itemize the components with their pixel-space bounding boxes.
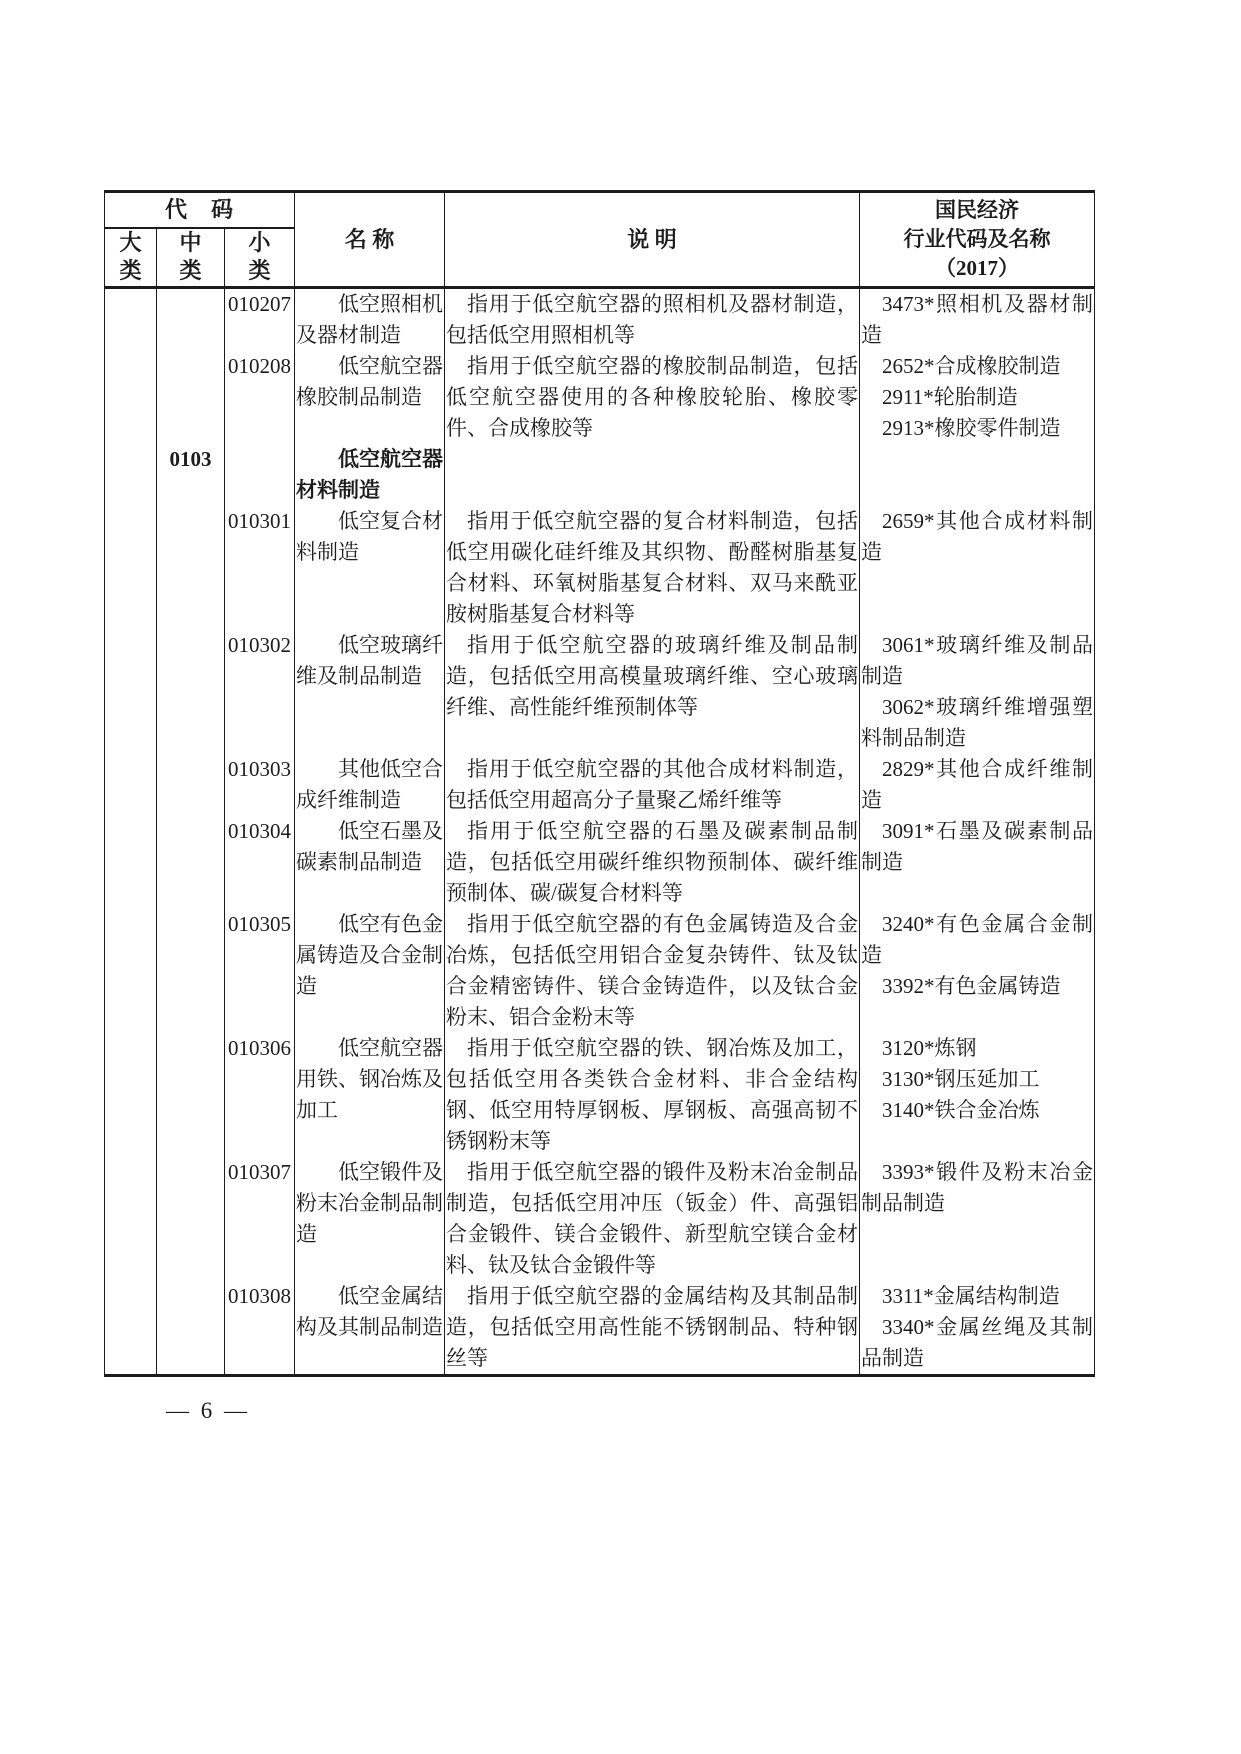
cell-description: 指用于低空航空器的铁、钢冶炼及加工，包括低空用各类铁合金材料、非合金结构钢、低空… xyxy=(445,1033,860,1157)
cell-name: 低空石墨及碳素制品制造 xyxy=(295,816,445,909)
cell-nec-codes: 2829*其他合成纤维制造 xyxy=(860,754,1095,816)
cell-description: 指用于低空航空器的其他合成材料制造，包括低空用超高分子量聚乙烯纤维等 xyxy=(445,754,860,816)
header-nec-col: 国民经济 行业代码及名称 （2017） xyxy=(860,192,1095,288)
cell-description: 指用于低空航空器的复合材料制造，包括低空用碳化硅纤维及其织物、酚醛树脂基复合材料… xyxy=(445,506,860,630)
cell-name: 低空有色金属铸造及合金制造 xyxy=(295,909,445,1033)
table-row: 010308低空金属结构及其制品制造指用于低空航空器的金属结构及其制品制造，包括… xyxy=(105,1281,1095,1376)
cell-mid-code xyxy=(157,630,225,754)
cell-mid-code xyxy=(157,1157,225,1281)
nec-code-entry: 3340*金属丝绳及其制品制造 xyxy=(861,1312,1093,1374)
nec-code-entry: 2913*橡胶零件制造 xyxy=(861,413,1093,444)
nec-code-entry: 3240*有色金属合金制造 xyxy=(861,909,1093,971)
cell-nec-codes: 3311*金属结构制造3340*金属丝绳及其制品制造 xyxy=(860,1281,1095,1376)
cell-major-code xyxy=(105,1281,157,1376)
cell-description: 指用于低空航空器的橡胶制品制造，包括低空航空器使用的各种橡胶轮胎、橡胶零件、合成… xyxy=(445,351,860,444)
cell-minor-code: 010304 xyxy=(225,816,295,909)
cell-mid-code xyxy=(157,1033,225,1157)
cell-description: 指用于低空航空器的石墨及碳素制品制造，包括低空用碳纤维织物预制体、碳纤维预制体、… xyxy=(445,816,860,909)
nec-code-entry: 3311*金属结构制造 xyxy=(861,1281,1093,1312)
cell-name: 低空航空器材料制造 xyxy=(295,444,445,506)
cell-minor-code: 010308 xyxy=(225,1281,295,1376)
cell-mid-code xyxy=(157,754,225,816)
table-row: 010307低空锻件及粉末冶金制品制造指用于低空航空器的锻件及粉末冶金制品制造，… xyxy=(105,1157,1095,1281)
table-row: 010303其他低空合成纤维制造指用于低空航空器的其他合成材料制造，包括低空用超… xyxy=(105,754,1095,816)
table-header: 代 码 名 称 说 明 国民经济 行业代码及名称 （2017） 大类 中类 小类 xyxy=(105,192,1095,288)
cell-nec-codes: 3240*有色金属合金制造3392*有色金属铸造 xyxy=(860,909,1095,1033)
nec-code-entry: 2652*合成橡胶制造 xyxy=(861,351,1093,382)
cell-nec-codes: 3120*炼钢3130*钢压延加工3140*铁合金冶炼 xyxy=(860,1033,1095,1157)
cell-mid-code: 0103 xyxy=(157,444,225,506)
cell-mid-code xyxy=(157,351,225,444)
cell-name: 其他低空合成纤维制造 xyxy=(295,754,445,816)
nec-code-entry: 3061*玻璃纤维及制品制造 xyxy=(861,630,1093,692)
table-row: 010301低空复合材料制造指用于低空航空器的复合材料制造，包括低空用碳化硅纤维… xyxy=(105,506,1095,630)
header-code-group: 代 码 xyxy=(105,192,295,228)
nec-code-entry: 2829*其他合成纤维制造 xyxy=(861,754,1093,816)
cell-minor-code: 010301 xyxy=(225,506,295,630)
cell-description xyxy=(445,444,860,506)
header-nec-line1: 国民经济 xyxy=(860,196,1094,225)
cell-description: 指用于低空航空器的金属结构及其制品制造，包括低空用高性能不锈钢制品、特种钢丝等 xyxy=(445,1281,860,1376)
header-desc-col: 说 明 xyxy=(445,192,860,288)
cell-major-code xyxy=(105,630,157,754)
industry-code-table: 代 码 名 称 说 明 国民经济 行业代码及名称 （2017） 大类 中类 小类… xyxy=(104,190,1095,1377)
nec-code-entry: 3393*锻件及粉末冶金制品制造 xyxy=(861,1157,1093,1219)
cell-mid-code xyxy=(157,1281,225,1376)
header-major-class: 大类 xyxy=(105,228,157,288)
table-row: 010305低空有色金属铸造及合金制造指用于低空航空器的有色金属铸造及合金冶炼，… xyxy=(105,909,1095,1033)
cell-minor-code: 010307 xyxy=(225,1157,295,1281)
cell-mid-code xyxy=(157,506,225,630)
table-row: 010304低空石墨及碳素制品制造指用于低空航空器的石墨及碳素制品制造，包括低空… xyxy=(105,816,1095,909)
table-row: 010207低空照相机及器材制造指用于低空航空器的照相机及器材制造，包括低空用照… xyxy=(105,287,1095,351)
cell-minor-code: 010303 xyxy=(225,754,295,816)
header-row-top: 代 码 名 称 说 明 国民经济 行业代码及名称 （2017） xyxy=(105,192,1095,228)
nec-code-entry: 3130*钢压延加工 xyxy=(861,1064,1093,1095)
nec-code-entry: 2659*其他合成材料制造 xyxy=(861,506,1093,568)
cell-name: 低空锻件及粉末冶金制品制造 xyxy=(295,1157,445,1281)
header-minor-class: 小类 xyxy=(225,228,295,288)
cell-mid-code xyxy=(157,287,225,351)
cell-major-code xyxy=(105,506,157,630)
cell-major-code xyxy=(105,754,157,816)
cell-major-code xyxy=(105,444,157,506)
header-nec-line3: （2017） xyxy=(860,254,1094,283)
table-body: 010207低空照相机及器材制造指用于低空航空器的照相机及器材制造，包括低空用照… xyxy=(105,287,1095,1375)
nec-code-entry: 3473*照相机及器材制造 xyxy=(861,289,1093,351)
table-row: 010302低空玻璃纤维及制品制造指用于低空航空器的玻璃纤维及制品制造，包括低空… xyxy=(105,630,1095,754)
cell-description: 指用于低空航空器的玻璃纤维及制品制造，包括低空用高模量玻璃纤维、空心玻璃纤维、高… xyxy=(445,630,860,754)
cell-minor-code: 010208 xyxy=(225,351,295,444)
cell-minor-code: 010306 xyxy=(225,1033,295,1157)
table-row: 010306低空航空器用铁、钢冶炼及加工指用于低空航空器的铁、钢冶炼及加工，包括… xyxy=(105,1033,1095,1157)
cell-nec-codes: 3393*锻件及粉末冶金制品制造 xyxy=(860,1157,1095,1281)
cell-major-code xyxy=(105,351,157,444)
cell-major-code xyxy=(105,816,157,909)
cell-name: 低空照相机及器材制造 xyxy=(295,287,445,351)
cell-major-code xyxy=(105,1033,157,1157)
cell-major-code xyxy=(105,909,157,1033)
cell-nec-codes: 2652*合成橡胶制造2911*轮胎制造2913*橡胶零件制造 xyxy=(860,351,1095,444)
cell-nec-codes: 2659*其他合成材料制造 xyxy=(860,506,1095,630)
header-name-col: 名 称 xyxy=(295,192,445,288)
footer-page-number: — 6 — xyxy=(166,1398,250,1424)
header-nec-line2: 行业代码及名称 xyxy=(860,225,1094,254)
cell-name: 低空复合材料制造 xyxy=(295,506,445,630)
cell-minor-code: 010207 xyxy=(225,287,295,351)
cell-major-code xyxy=(105,1157,157,1281)
table-row: 0103低空航空器材料制造 xyxy=(105,444,1095,506)
cell-description: 指用于低空航空器的有色金属铸造及合金冶炼，包括低空用铝合金复杂铸件、钛及钛合金精… xyxy=(445,909,860,1033)
cell-nec-codes: 3473*照相机及器材制造 xyxy=(860,287,1095,351)
cell-name: 低空金属结构及其制品制造 xyxy=(295,1281,445,1376)
cell-nec-codes: 3091*石墨及碳素制品制造 xyxy=(860,816,1095,909)
cell-nec-codes: 3061*玻璃纤维及制品制造3062*玻璃纤维增强塑料制品制造 xyxy=(860,630,1095,754)
cell-minor-code xyxy=(225,444,295,506)
header-mid-class: 中类 xyxy=(157,228,225,288)
cell-description: 指用于低空航空器的锻件及粉末冶金制品制造，包括低空用冲压（钣金）件、高强铝合金锻… xyxy=(445,1157,860,1281)
cell-minor-code: 010305 xyxy=(225,909,295,1033)
cell-mid-code xyxy=(157,909,225,1033)
cell-description: 指用于低空航空器的照相机及器材制造，包括低空用照相机等 xyxy=(445,287,860,351)
cell-name: 低空玻璃纤维及制品制造 xyxy=(295,630,445,754)
table-row: 010208低空航空器橡胶制品制造指用于低空航空器的橡胶制品制造，包括低空航空器… xyxy=(105,351,1095,444)
nec-code-entry: 3140*铁合金冶炼 xyxy=(861,1095,1093,1126)
cell-nec-codes xyxy=(860,444,1095,506)
cell-name: 低空航空器用铁、钢冶炼及加工 xyxy=(295,1033,445,1157)
nec-code-entry: 3091*石墨及碳素制品制造 xyxy=(861,816,1093,878)
cell-mid-code xyxy=(157,816,225,909)
page-root: 代 码 名 称 说 明 国民经济 行业代码及名称 （2017） 大类 中类 小类… xyxy=(0,0,1241,1754)
nec-code-entry: 3392*有色金属铸造 xyxy=(861,971,1093,1002)
nec-code-entry: 3062*玻璃纤维增强塑料制品制造 xyxy=(861,692,1093,754)
cell-name: 低空航空器橡胶制品制造 xyxy=(295,351,445,444)
nec-code-entry: 2911*轮胎制造 xyxy=(861,382,1093,413)
nec-code-entry: 3120*炼钢 xyxy=(861,1033,1093,1064)
cell-minor-code: 010302 xyxy=(225,630,295,754)
cell-major-code xyxy=(105,287,157,351)
